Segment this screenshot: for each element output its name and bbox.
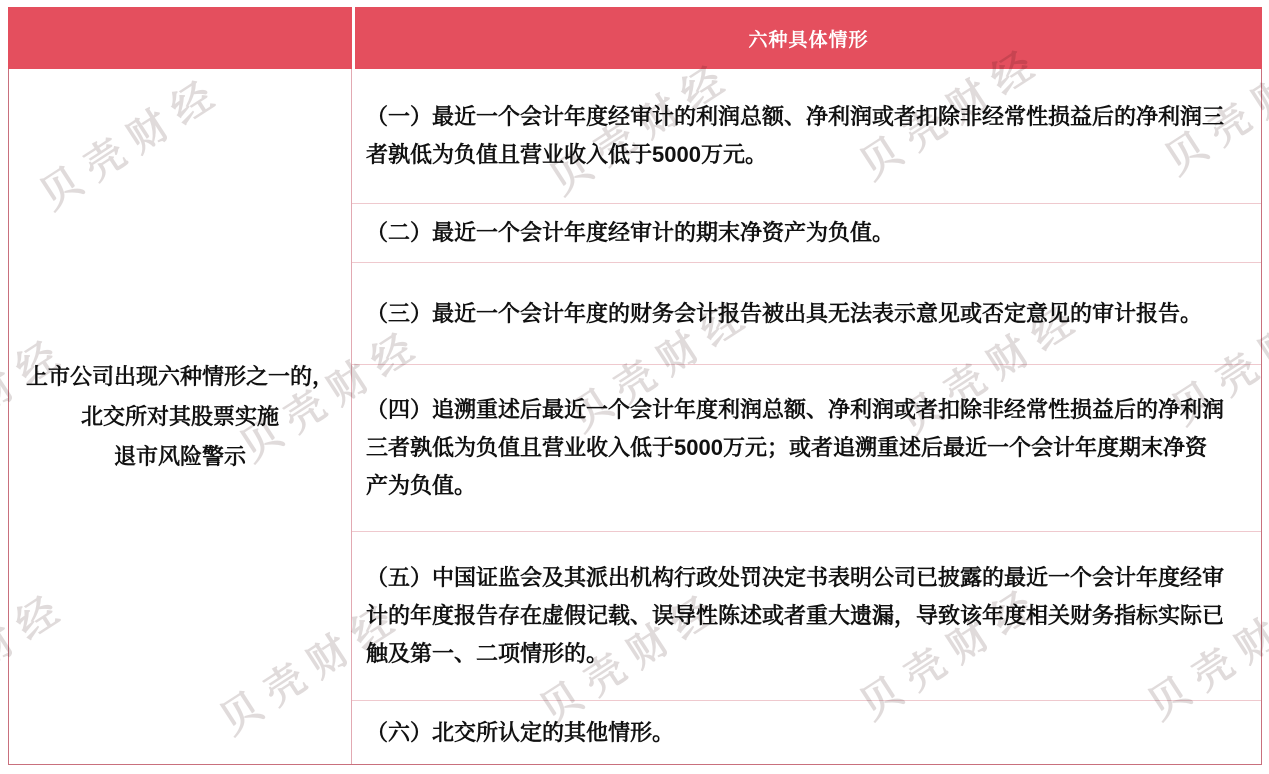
situations-column: （一）最近一个会计年度经审计的利润总额、净利润或者扣除非经常性损益后的净利润三者… [352,69,1261,764]
situation-text-1: （一）最近一个会计年度经审计的利润总额、净利润或者扣除非经常性损益后的净利润三者… [366,98,1225,174]
situation-text-5: （五）中国证监会及其派出机构行政处罚决定书表明公司已披露的最近一个会计年度经审计… [366,559,1225,673]
left-summary-cell: 上市公司出现六种情形之一的， 北交所对其股票实施 退市风险警示 [9,69,352,764]
situation-row-5: （五）中国证监会及其派出机构行政处罚决定书表明公司已披露的最近一个会计年度经审计… [352,532,1261,701]
table-title: 六种具体情形 [748,25,868,52]
situation-text-2: （二）最近一个会计年度经审计的期末净资产为负值。 [366,214,894,252]
situation-row-1: （一）最近一个会计年度经审计的利润总额、净利润或者扣除非经常性损益后的净利润三者… [352,69,1261,204]
situation-row-2: （二）最近一个会计年度经审计的期末净资产为负值。 [352,204,1261,263]
left-summary-line-2: 北交所对其股票实施 [81,397,279,437]
header-cell-left-empty [8,7,352,69]
table-body: 上市公司出现六种情形之一的， 北交所对其股票实施 退市风险警示 （一）最近一个会… [9,69,1261,764]
situation-row-3: （三）最近一个会计年度的财务会计报告被出具无法表示意见或否定意见的审计报告。 [352,263,1261,365]
situation-text-3: （三）最近一个会计年度的财务会计报告被出具无法表示意见或否定意见的审计报告。 [366,295,1202,333]
situation-row-6: （六）北交所认定的其他情形。 [352,701,1261,764]
left-summary-line-1: 上市公司出现六种情形之一的， [26,357,334,397]
left-summary-line-3: 退市风险警示 [114,437,246,477]
situation-text-6: （六）北交所认定的其他情形。 [366,714,674,752]
situation-text-4: （四）追溯重述后最近一个会计年度利润总额、净利润或者扣除非经常性损益后的净利润三… [366,391,1225,505]
table-header-row: 六种具体情形 [8,7,1262,69]
situation-row-4: （四）追溯重述后最近一个会计年度利润总额、净利润或者扣除非经常性损益后的净利润三… [352,365,1261,532]
delisting-risk-warning-table: 六种具体情形 上市公司出现六种情形之一的， 北交所对其股票实施 退市风险警示 （… [8,8,1262,765]
header-cell-title: 六种具体情形 [352,7,1262,69]
